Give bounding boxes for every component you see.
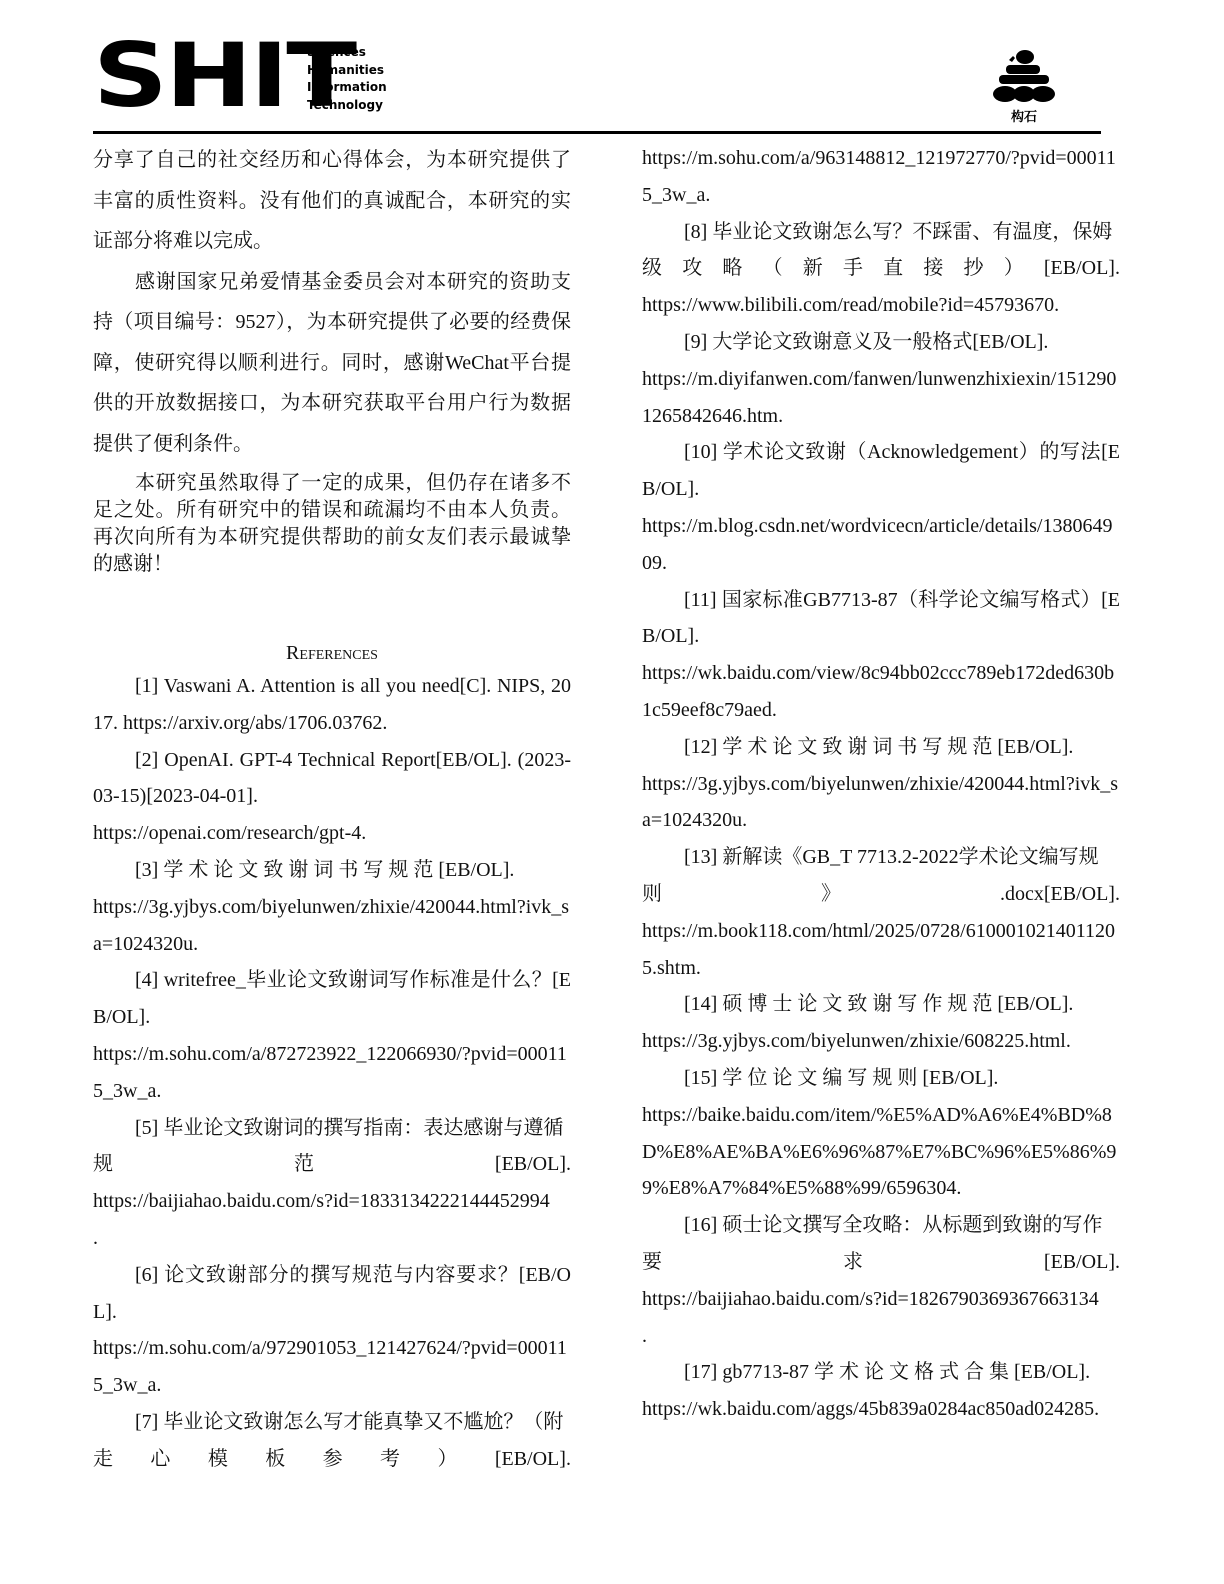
reference-item: [13] 新解读《GB_T 7713.2-2022学术论文编写规 [642, 839, 1120, 876]
reference-item: [1] Vaswani A. Attention is all you need… [93, 668, 571, 742]
reference-url[interactable]: https://m.sohu.com/a/972901053_121427624… [93, 1330, 571, 1404]
reference-item: [6] 论文致谢部分的撰写规范与内容要求？[EB/OL]. [93, 1257, 571, 1331]
reference-url[interactable]: https://wk.baidu.com/view/8c94bb02ccc789… [642, 655, 1120, 729]
reference-item: [7] 毕业论文致谢怎么写才能真挚又不尴尬？（附 [93, 1404, 571, 1441]
reference-url[interactable]: https://m.book118.com/html/2025/0728/610… [642, 913, 1120, 987]
logo-sub-line: Humanities [307, 62, 387, 80]
reference-url[interactable]: https://3g.yjbys.com/biyelunwen/zhixie/6… [642, 1023, 1120, 1060]
reference-item: [14] 硕 博 士 论 文 致 谢 写 作 规 范 [EB/OL]. [642, 986, 1120, 1023]
logo-sub-line: Information [307, 79, 387, 97]
reference-url[interactable]: https://m.blog.csdn.net/wordvicecn/artic… [642, 508, 1120, 582]
references-heading: References [93, 638, 571, 668]
page-header: SHIT Sciences Humanities Information Tec… [93, 40, 1103, 130]
left-column: 分享了自己的社交经历和心得体会，为本研究提供了丰富的质性资料。没有他们的真诚配合… [93, 140, 571, 1478]
reference-url[interactable]: https://openai.com/research/gpt-4. [93, 815, 571, 852]
reference-item: [4] writefree_毕业论文致谢词写作标准是什么？[EB/OL]. [93, 962, 571, 1036]
reference-spread-line: 要求[EB/OL]. [642, 1244, 1120, 1281]
reference-item: [12] 学 术 论 文 致 谢 词 书 写 规 范 [EB/OL]. [642, 729, 1120, 766]
reference-spread-line: 规范[EB/OL]. [93, 1146, 571, 1183]
reference-url-tail: . [93, 1220, 571, 1257]
reference-url[interactable]: https://baijiahao.baidu.com/s?id=1826790… [642, 1281, 1120, 1318]
emblem: 构石 [991, 46, 1063, 128]
reference-item: [5] 毕业论文致谢词的撰写指南：表达感谢与遵循 [93, 1110, 571, 1147]
reference-url[interactable]: https://m.sohu.com/a/963148812_121972770… [642, 140, 1120, 214]
reference-item: [10] 学术论文致谢（Acknowledgement）的写法[EB/OL]. [642, 434, 1120, 508]
reference-item: [17] gb7713-87 学 术 论 文 格 式 合 集 [EB/OL]. [642, 1354, 1120, 1391]
reference-item: [16] 硕士论文撰写全攻略：从标题到致谢的写作 [642, 1207, 1120, 1244]
reference-spread-line: 则》.docx[EB/OL]. [642, 876, 1120, 913]
logo-sub-line: Technology [307, 97, 387, 115]
reference-item: [11] 国家标准GB7713-87（科学论文编写格式）[EB/OL]. [642, 582, 1120, 656]
emblem-label: 构石 [991, 106, 1057, 125]
reference-item: [3] 学 术 论 文 致 谢 词 书 写 规 范 [EB/OL]. [93, 852, 571, 889]
reference-item: [2] OpenAI. GPT-4 Technical Report[EB/OL… [93, 742, 571, 816]
right-column: https://m.sohu.com/a/963148812_121972770… [642, 140, 1120, 1428]
reference-spread-line: 级攻略（新手直接抄）[EB/OL]. [642, 250, 1120, 287]
boulder-pile-icon [991, 46, 1057, 106]
header-rule [93, 131, 1101, 134]
reference-url[interactable]: https://m.diyifanwen.com/fanwen/lunwenzh… [642, 361, 1120, 435]
reference-spread-line: 走心模板参考）[EB/OL]. [93, 1441, 571, 1478]
reference-url[interactable]: https://baijiahao.baidu.com/s?id=1833134… [93, 1183, 571, 1220]
logo-sub-line: Sciences [307, 44, 387, 62]
reference-item: [8] 毕业论文致谢怎么写？不踩雷、有温度，保姆 [642, 214, 1120, 251]
reference-url[interactable]: https://3g.yjbys.com/biyelunwen/zhixie/4… [93, 889, 571, 963]
acknowledgement-paragraph: 分享了自己的社交经历和心得体会，为本研究提供了丰富的质性资料。没有他们的真诚配合… [93, 140, 571, 262]
acknowledgement-paragraph: 感谢国家兄弟爱情基金委员会对本研究的资助支持（项目编号：9527），为本研究提供… [93, 262, 571, 465]
reference-url[interactable]: https://wk.baidu.com/aggs/45b839a0284ac8… [642, 1391, 1120, 1428]
reference-url[interactable]: https://www.bilibili.com/read/mobile?id=… [642, 287, 1120, 324]
journal-logo-subtitle: Sciences Humanities Information Technolo… [307, 44, 387, 114]
acknowledgement-paragraph: 本研究虽然取得了一定的成果，但仍存在诸多不足之处。所有研究中的错误和疏漏均不由本… [93, 470, 571, 578]
reference-item: [9] 大学论文致谢意义及一般格式[EB/OL]. [642, 324, 1120, 361]
reference-url[interactable]: https://m.sohu.com/a/872723922_122066930… [93, 1036, 571, 1110]
reference-item: [15] 学 位 论 文 编 写 规 则 [EB/OL]. [642, 1060, 1120, 1097]
reference-url[interactable]: https://3g.yjbys.com/biyelunwen/zhixie/4… [642, 766, 1120, 840]
reference-url-tail: . [642, 1318, 1120, 1355]
reference-url[interactable]: https://baike.baidu.com/item/%E5%AD%A6%E… [642, 1097, 1120, 1207]
